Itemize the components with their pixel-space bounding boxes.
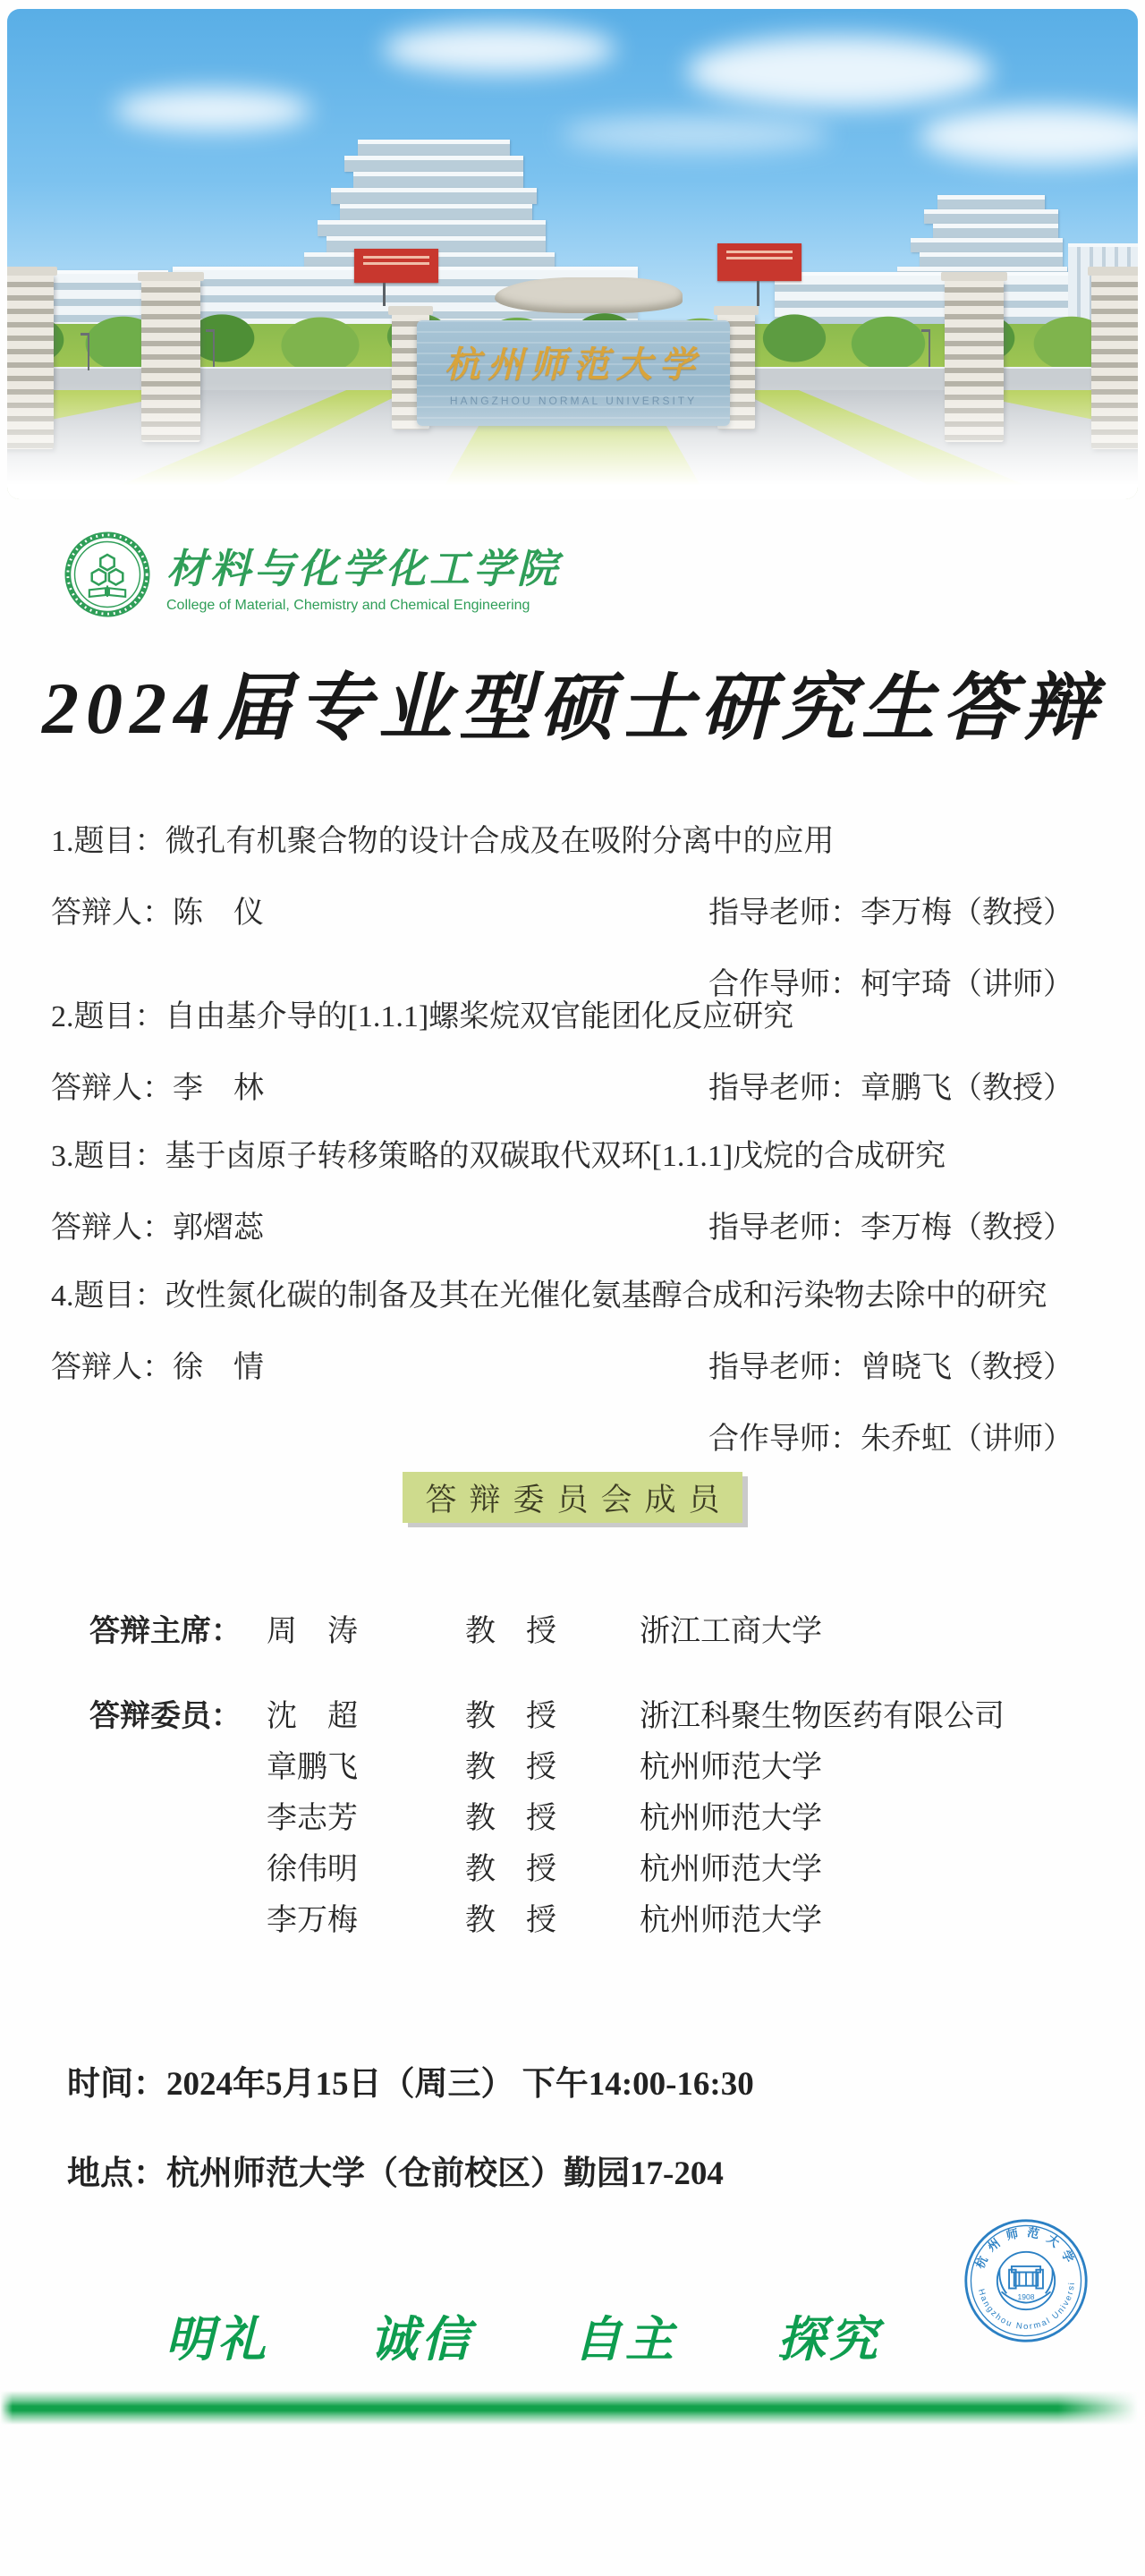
street-lamp-icon <box>929 329 930 367</box>
street-lamp-icon <box>213 329 215 367</box>
candidate: 答辩人：李 林 <box>51 1072 264 1105</box>
advisor: 指导老师：曾晓飞（教授） <box>708 1342 1073 1386</box>
committee-row: 李万梅 教 授 杭州师范大学 <box>89 1895 1091 1926</box>
place-row: 地点：杭州师范大学（仓前校区）勤园17-204 <box>67 2146 754 2194</box>
college-name-cn: 材料与化学化工学院 <box>166 536 561 594</box>
candidate-line: 答辩人：李 林 指导老师：章鹏飞（教授） <box>51 1063 1094 1107</box>
stone-sculpture <box>495 277 683 313</box>
time-value: 2024年5月15日（周三） 下午14:00-16:30 <box>166 2066 754 2103</box>
place-label: 地点： <box>67 2155 166 2192</box>
motto-row: 明礼 诚信 自主 探究 <box>165 2301 881 2370</box>
committee-row: 答辩主席： 周 涛 教 授 浙江工商大学 <box>89 1606 1091 1637</box>
committee-banner: 答辩委员会成员 <box>403 1472 742 1523</box>
topic-line: 3.题目：基于卤原子转移策略的双碳取代双环[1.1.1]戊烷的合成研究 <box>51 1131 1094 1175</box>
candidate: 答辩人：陈 仪 <box>51 897 264 930</box>
topic-line: 2.题目：自由基介导的[1.1.1]螺桨烷双官能团化反应研究 <box>51 991 1094 1035</box>
building-left-tower <box>304 140 581 285</box>
committee-row: 徐伟明 教 授 杭州师范大学 <box>89 1844 1091 1875</box>
street-lamp-icon <box>88 333 89 370</box>
topic-label: 2.题目： <box>51 1000 165 1033</box>
red-banner-right <box>717 243 801 281</box>
defense-poster: 杭州师范大学 HANGZHOU NORMAL UNIVERSITY 材料与化学化… <box>0 0 1145 2576</box>
topic-label: 4.题目： <box>51 1279 165 1313</box>
candidate-line: 答辩人：徐 情 指导老师：曾晓飞（教授） <box>51 1342 1094 1386</box>
candidate: 答辩人：郭熠蕊 <box>51 1211 264 1245</box>
topic-line: 1.题目：微孔有机聚合物的设计合成及在吸附分离中的应用 <box>51 816 1094 860</box>
motto: 自主 <box>573 2301 677 2370</box>
topic-text: 基于卤原子转移策略的双碳取代双环[1.1.1]戊烷的合成研究 <box>165 1140 946 1173</box>
advisor: 指导老师：李万梅（教授） <box>708 888 1073 931</box>
cloud <box>562 116 830 152</box>
committee-banner-text: 答辩委员会成员 <box>412 1475 732 1520</box>
photo-bottom-fade <box>7 383 1138 499</box>
motto: 探究 <box>777 2301 881 2370</box>
topic-line: 4.题目：改性氮化碳的制备及其在光催化氨基醇合成和污染物去除中的研究 <box>51 1271 1094 1314</box>
cloud <box>114 89 311 131</box>
committee-row: 李志芳 教 授 杭州师范大学 <box>89 1793 1091 1824</box>
topic-text: 改性氮化碳的制备及其在光催化氨基醇合成和污染物去除中的研究 <box>165 1279 1047 1313</box>
co-advisor: 合作导师：朱乔虹（讲师） <box>708 1423 1073 1456</box>
university-seal-icon: 1908 杭州师范大学 Hangzhou Normal University <box>963 2217 1090 2344</box>
topic-text: 微孔有机聚合物的设计合成及在吸附分离中的应用 <box>165 825 835 858</box>
cloud <box>687 36 991 107</box>
gate-name-text: 杭州师范大学 <box>417 336 730 387</box>
committee-row: 章鹏飞 教 授 杭州师范大学 <box>89 1742 1091 1773</box>
co-advisor-line: 合作导师：朱乔虹（讲师） <box>708 1414 1094 1458</box>
committee-list: 答辩主席： 周 涛 教 授 浙江工商大学 答辩委员： 沈 超 教 授 浙江科聚生… <box>89 1606 1091 1946</box>
time-label: 时间： <box>67 2066 166 2103</box>
committee-row: 答辩委员： 沈 超 教 授 浙江科聚生物医药有限公司 <box>89 1691 1091 1722</box>
topic-label: 3.题目： <box>51 1140 165 1173</box>
schedule: 时间：2024年5月15日（周三） 下午14:00-16:30 地点：杭州师范大… <box>67 2056 754 2235</box>
college-names: 材料与化学化工学院 College of Material, Chemistry… <box>166 536 561 614</box>
defense-entry: 2.题目：自由基介导的[1.1.1]螺桨烷双官能团化反应研究 答辩人：李 林 指… <box>51 991 1094 1135</box>
sign-pole <box>383 283 386 306</box>
advisor: 指导老师：李万梅（教授） <box>708 1203 1073 1246</box>
candidate-line: 答辩人：郭熠蕊 指导老师：李万梅（教授） <box>51 1203 1094 1246</box>
candidate: 答辩人：徐 情 <box>51 1351 264 1384</box>
sign-pole <box>757 281 759 306</box>
candidate-line: 答辩人：陈 仪 指导老师：李万梅（教授） <box>51 888 1094 931</box>
footer-green-bar <box>0 2391 1138 2425</box>
seal-year: 1908 <box>1018 2292 1035 2301</box>
topic-label: 1.题目： <box>51 825 165 858</box>
page-title: 2024届专业型硕士研究生答辩 <box>0 650 1145 754</box>
college-header: 材料与化学化工学院 College of Material, Chemistry… <box>64 531 561 617</box>
college-name-en: College of Material, Chemistry and Chemi… <box>166 598 561 614</box>
red-banner-left <box>354 249 438 283</box>
topic-text: 自由基介导的[1.1.1]螺桨烷双官能团化反应研究 <box>165 1000 794 1033</box>
defense-entry: 4.题目：改性氮化碳的制备及其在光催化氨基醇合成和污染物去除中的研究 答辩人：徐… <box>51 1271 1094 1485</box>
cloud <box>383 25 615 73</box>
motto: 诚信 <box>369 2301 473 2370</box>
place-value: 杭州师范大学（仓前校区）勤园17-204 <box>166 2155 724 2192</box>
defense-entry: 3.题目：基于卤原子转移策略的双碳取代双环[1.1.1]戊烷的合成研究 答辩人：… <box>51 1131 1094 1274</box>
college-logo-icon <box>64 531 150 617</box>
motto: 明礼 <box>165 2301 269 2370</box>
campus-photo: 杭州师范大学 HANGZHOU NORMAL UNIVERSITY <box>7 9 1138 499</box>
advisor: 指导老师：章鹏飞（教授） <box>708 1063 1073 1107</box>
time-row: 时间：2024年5月15日（周三） 下午14:00-16:30 <box>67 2056 754 2104</box>
